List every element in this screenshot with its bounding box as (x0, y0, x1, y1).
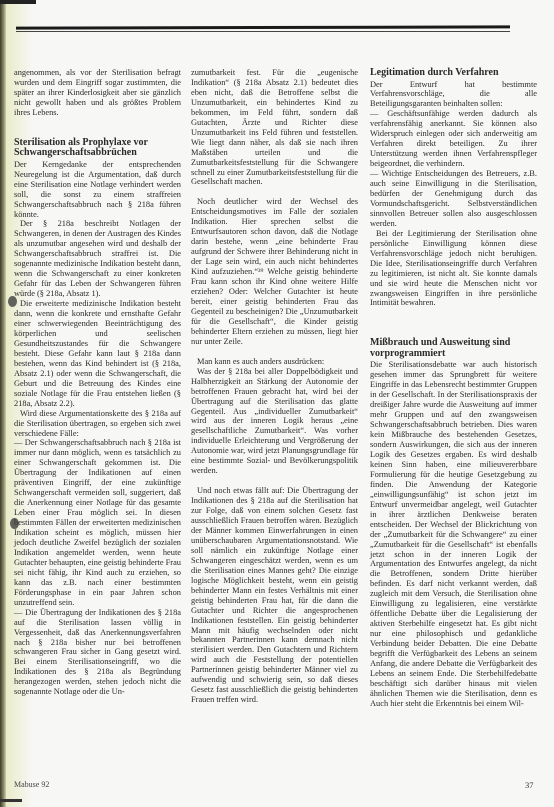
header-rule-thick (16, 25, 510, 29)
section-spacer (14, 118, 181, 138)
section-heading: Sterilisation als Prophylaxe vor Schwang… (14, 138, 181, 159)
column-1: angenommen, als vor der Sterilisation be… (14, 68, 181, 697)
paragraph-spacer (191, 187, 358, 197)
footer-publication: Mabuse 92 (14, 780, 49, 789)
list-paragraph: — Wichtige Entscheidungen des Betreuers,… (370, 169, 537, 229)
paragraph-spacer (191, 347, 358, 357)
header-rule-thin (16, 31, 510, 32)
binder-hole-mark (10, 518, 19, 529)
body-paragraph: Wird diese Argumentationskette des § 218… (14, 409, 181, 439)
section-heading: Mißbrauch und Ausweitung sind vorprogram… (370, 338, 537, 359)
scan-bottom-mark (0, 799, 22, 802)
list-paragraph: — Der Schwangerschaftsabbruch nach § 218… (14, 438, 181, 607)
list-paragraph: — Die Übertragung der Indikationen des §… (14, 608, 181, 698)
section-spacer (370, 308, 537, 328)
body-paragraph: Die Sterilisationsdebatte war auch histo… (370, 360, 537, 708)
body-paragraph: Man kann es auch anders ausdrücken: (191, 357, 358, 367)
body-paragraph: Und noch etwas fällt auf: Die Übertragun… (191, 486, 358, 705)
body-paragraph: Der Kerngedanke der entsprechenden Neure… (14, 160, 181, 220)
body-paragraph: zumutbarkeit fest. Für die „eugenische I… (191, 68, 358, 187)
list-paragraph: — Geschäftsunfähige werden dadurch als v… (370, 109, 537, 169)
body-paragraph: Der Entwurf hat bestimmte Verfahrensvors… (370, 80, 537, 110)
section-heading: Legitimation durch Verfahren (370, 68, 537, 79)
page-number: 37 (525, 780, 534, 790)
column-3: Legitimation durch VerfahrenDer Entwurf … (370, 68, 537, 709)
body-paragraph: Der § 218a beschreibt Notlagen der Schwa… (14, 219, 181, 299)
body-paragraph: angenommen, als vor der Sterilisation be… (14, 68, 181, 118)
body-paragraph: Noch deutlicher wird der Wechsel des Ent… (191, 197, 358, 346)
body-paragraph: Bei der Legitimierung der Sterilisation … (370, 229, 537, 309)
column-2: zumutbarkeit fest. Für die „eugenische I… (191, 68, 358, 705)
body-paragraph: Die erweiterte medizinische Indikation b… (14, 299, 181, 408)
binder-hole-mark (8, 296, 17, 307)
body-paragraph: Was der § 218a bei aller Doppelbödigkeit… (191, 367, 358, 476)
scan-corner-mark (0, 0, 36, 4)
paragraph-spacer (191, 476, 358, 486)
